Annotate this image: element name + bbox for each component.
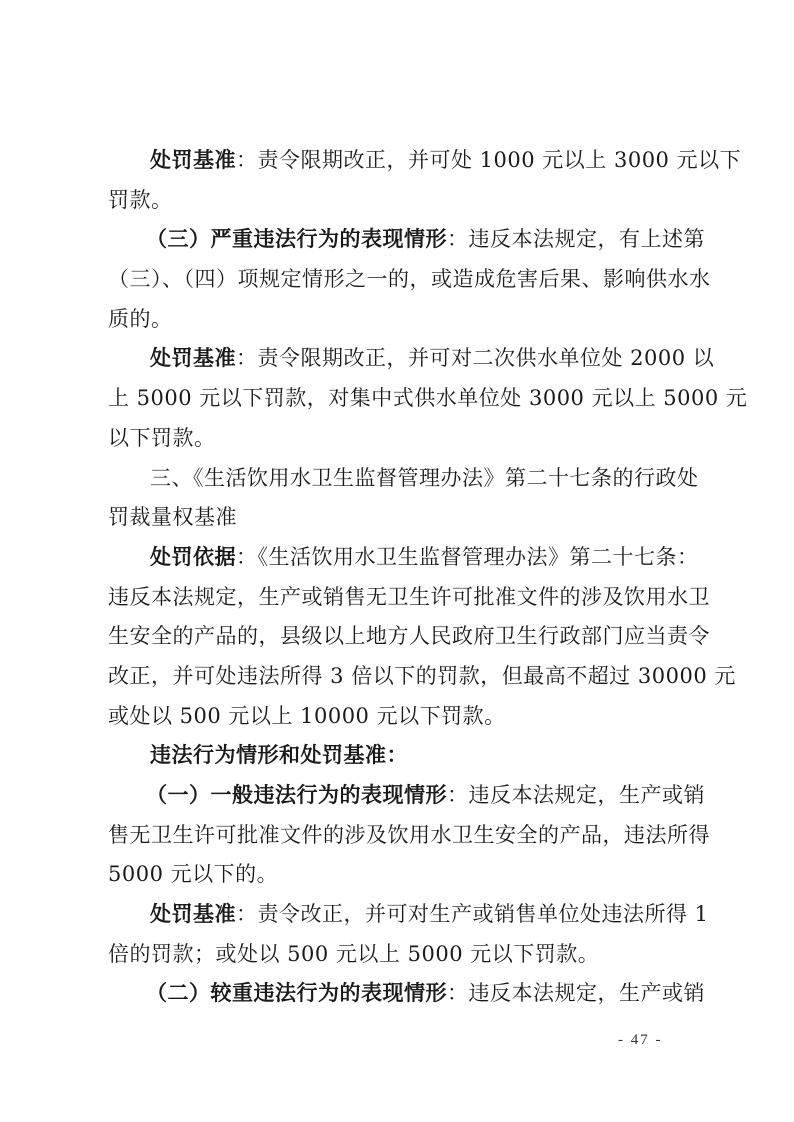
paragraph-line: 处罚依据：《生活饮用水卫生监督管理办法》第二十七条： bbox=[108, 538, 694, 578]
section-heading-line: 罚裁量权基准 bbox=[108, 498, 694, 538]
bold-label: 处罚基准 bbox=[150, 346, 236, 370]
paragraph-line: （一）一般违法行为的表现情形：违反本法规定，生产或销 bbox=[108, 776, 694, 816]
paragraph-line: 罚款。 bbox=[108, 181, 694, 221]
bold-label: （一）一般违法行为的表现情形 bbox=[146, 783, 447, 807]
paragraph-line: （二）较重违法行为的表现情形：违反本法规定，生产或销 bbox=[108, 974, 694, 1014]
section-heading-line: 三、《生活饮用水卫生监督管理办法》第二十七条的行政处 bbox=[108, 459, 694, 499]
paragraph-line: 倍的罚款；或处以 500 元以上 5000 元以下罚款。 bbox=[108, 935, 694, 975]
paragraph-line: 违反本法规定，生产或销售无卫生许可批准文件的涉及饮用水卫 bbox=[108, 578, 694, 618]
paragraph-line: 改正，并可处违法所得 3 倍以下的罚款，但最高不超过 30000 元 bbox=[108, 657, 694, 697]
paragraph-line: 处罚基准：责令限期改正，并可对二次供水单位处 2000 以 bbox=[108, 339, 694, 379]
subheading-line: 违法行为情形和处罚基准： bbox=[108, 736, 694, 776]
paragraph-line: （三）、（四）项规定情形之一的，或造成危害后果、影响供水水 bbox=[108, 260, 694, 300]
bold-label: 违法行为情形和处罚基准： bbox=[150, 743, 408, 767]
bold-label: 处罚基准 bbox=[150, 902, 236, 926]
paragraph-line: 上 5000 元以下罚款，对集中式供水单位处 3000 元以上 5000 元 bbox=[108, 379, 694, 419]
paragraph-line: 售无卫生许可批准文件的涉及饮用水卫生安全的产品，违法所得 bbox=[108, 816, 694, 856]
paragraph-line: 质的。 bbox=[108, 300, 694, 340]
paragraph-line: 5000 元以下的。 bbox=[108, 855, 694, 895]
paragraph-line: 以下罚款。 bbox=[108, 419, 694, 459]
bold-label: （三）严重违法行为的表现情形 bbox=[146, 227, 447, 251]
paragraph-line: 生安全的产品的，县级以上地方人民政府卫生行政部门应当责令 bbox=[108, 617, 694, 657]
paragraph-line: 处罚基准：责令改正，并可对生产或销售单位处违法所得 1 bbox=[108, 895, 694, 935]
page-number: - 47 - bbox=[618, 1032, 663, 1049]
paragraph-line: 处罚基准：责令限期改正，并可处 1000 元以上 3000 元以下 bbox=[108, 141, 694, 181]
paragraph-line: （三）严重违法行为的表现情形：违反本法规定，有上述第 bbox=[108, 220, 694, 260]
bold-label: 处罚基准 bbox=[150, 148, 236, 172]
document-page: 处罚基准：责令限期改正，并可处 1000 元以上 3000 元以下 罚款。 （三… bbox=[108, 141, 694, 1014]
bold-label: （二）较重违法行为的表现情形 bbox=[146, 981, 447, 1005]
bold-label: 处罚依据 bbox=[150, 545, 236, 569]
paragraph-line: 或处以 500 元以上 10000 元以下罚款。 bbox=[108, 697, 694, 737]
